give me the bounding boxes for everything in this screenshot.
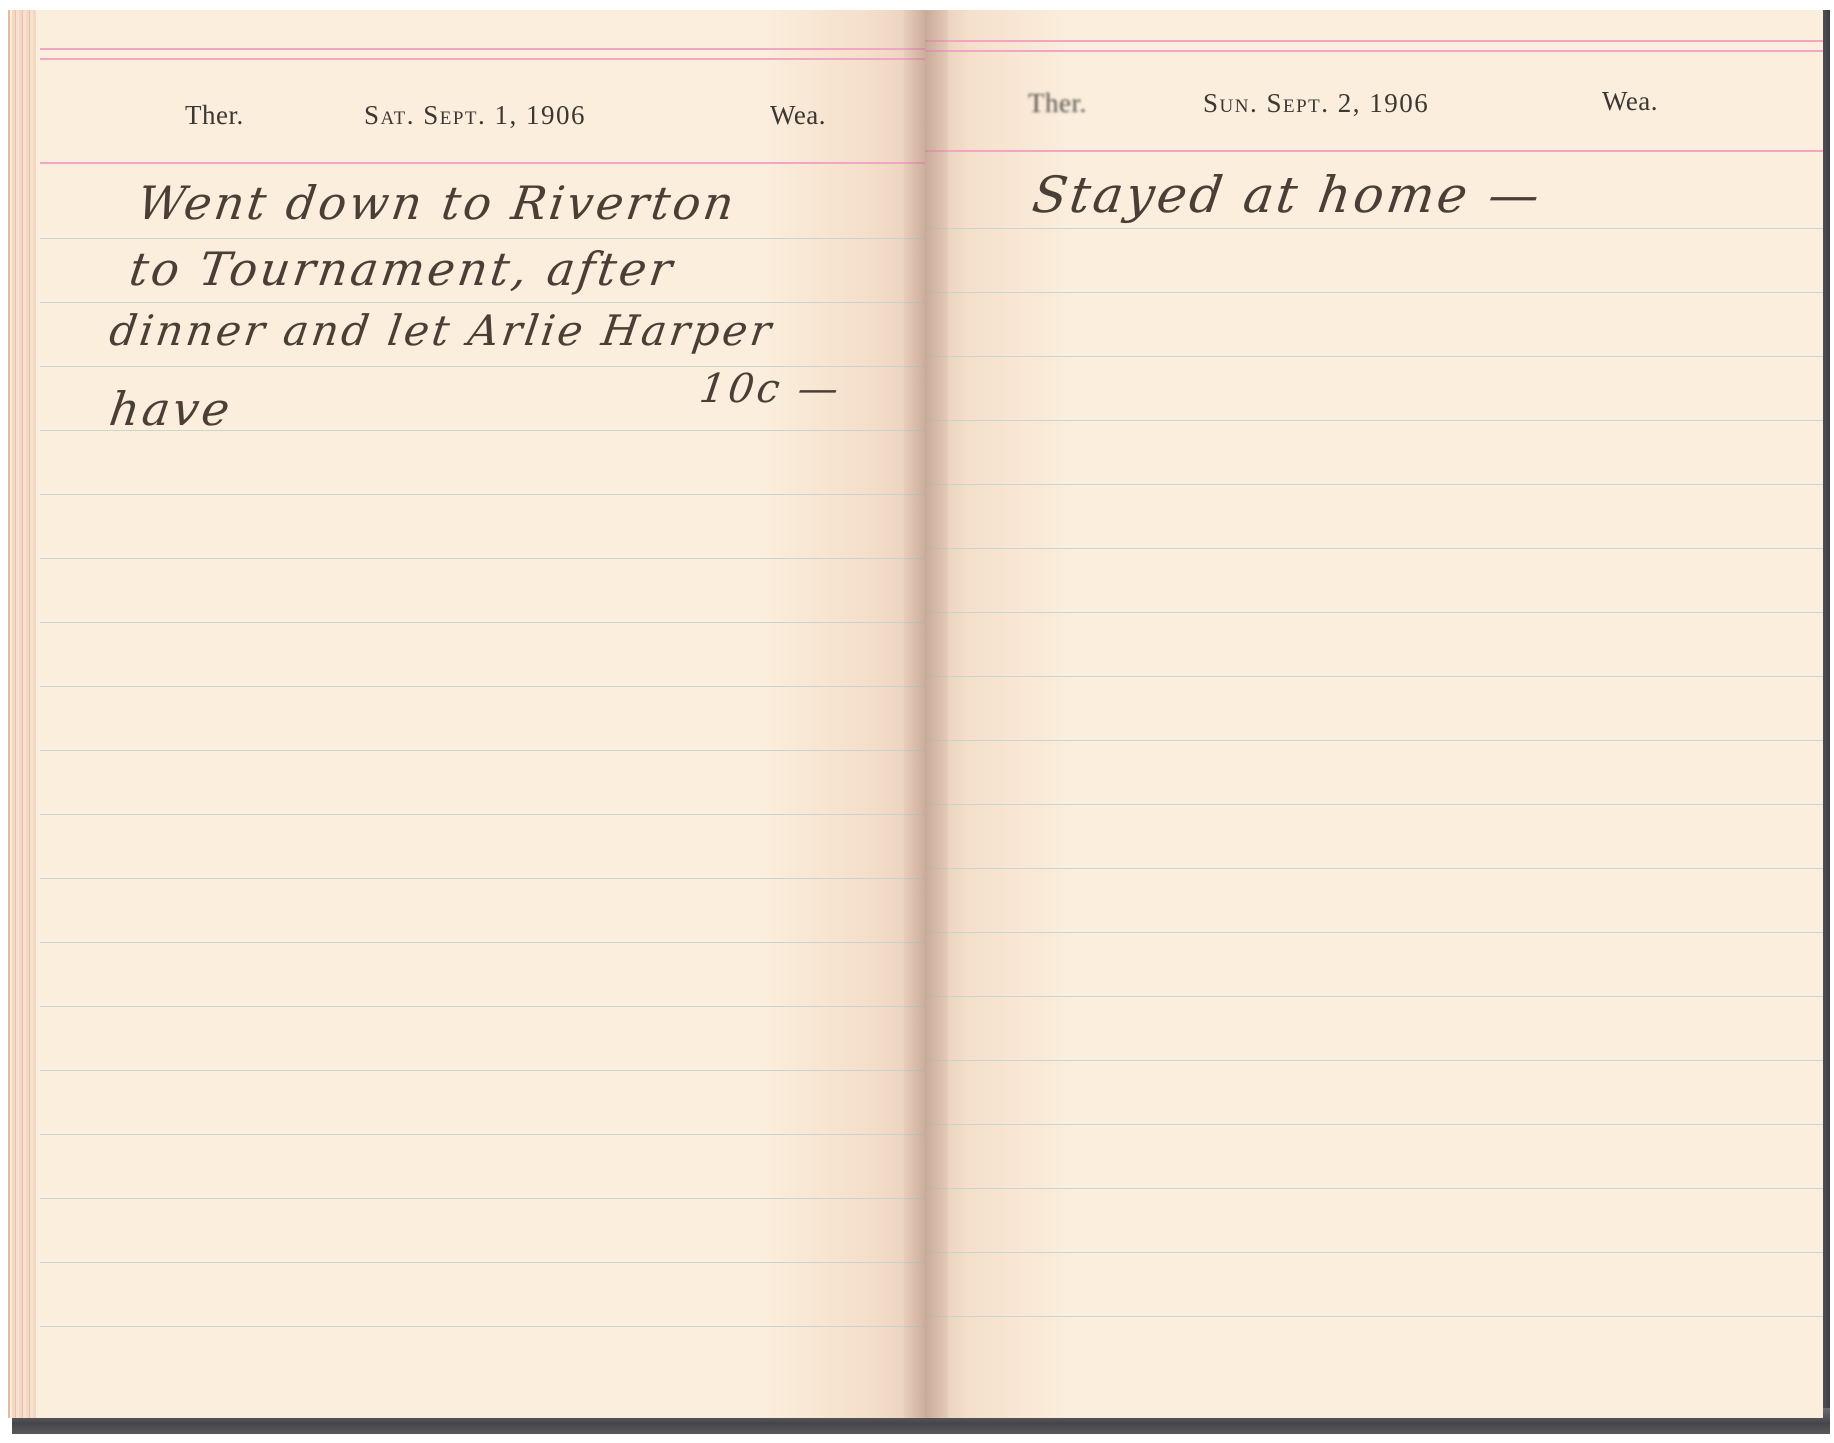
entry-line-1: Went down to Riverton: [134, 176, 740, 230]
wea-label: Wea.: [770, 100, 826, 131]
page-date: Sun. Sept. 2, 1906: [1203, 88, 1429, 119]
header-pink-rule: [925, 150, 1823, 152]
open-diary: Ther. Sat. Sept. 1, 1906 Wea. Went do: [8, 10, 1823, 1418]
entry-line-4: have: [106, 382, 236, 436]
ther-label: Ther.: [1028, 88, 1087, 119]
left-page: Ther. Sat. Sept. 1, 1906 Wea. Went do: [8, 10, 927, 1418]
header-pink-rule: [40, 162, 927, 164]
top-pink-rule-2: [925, 50, 1823, 52]
right-page: Ther. Sun. Sept. 2, 1906 Wea. Stayed: [925, 10, 1823, 1418]
entry-amount: 10c —: [697, 366, 844, 412]
wea-label: Wea.: [1602, 86, 1658, 117]
top-pink-rule: [925, 40, 1823, 42]
top-pink-rule: [40, 48, 927, 50]
ther-label: Ther.: [185, 100, 244, 131]
entry-line-1: Stayed at home —: [1029, 166, 1546, 224]
entry-line-3: dinner and let Arlie Harper: [107, 306, 777, 355]
top-pink-rule-2: [40, 58, 927, 60]
page-date: Sat. Sept. 1, 1906: [364, 100, 586, 131]
entry-line-2: to Tournament, after: [126, 242, 678, 296]
page-edges: [12, 10, 36, 1418]
